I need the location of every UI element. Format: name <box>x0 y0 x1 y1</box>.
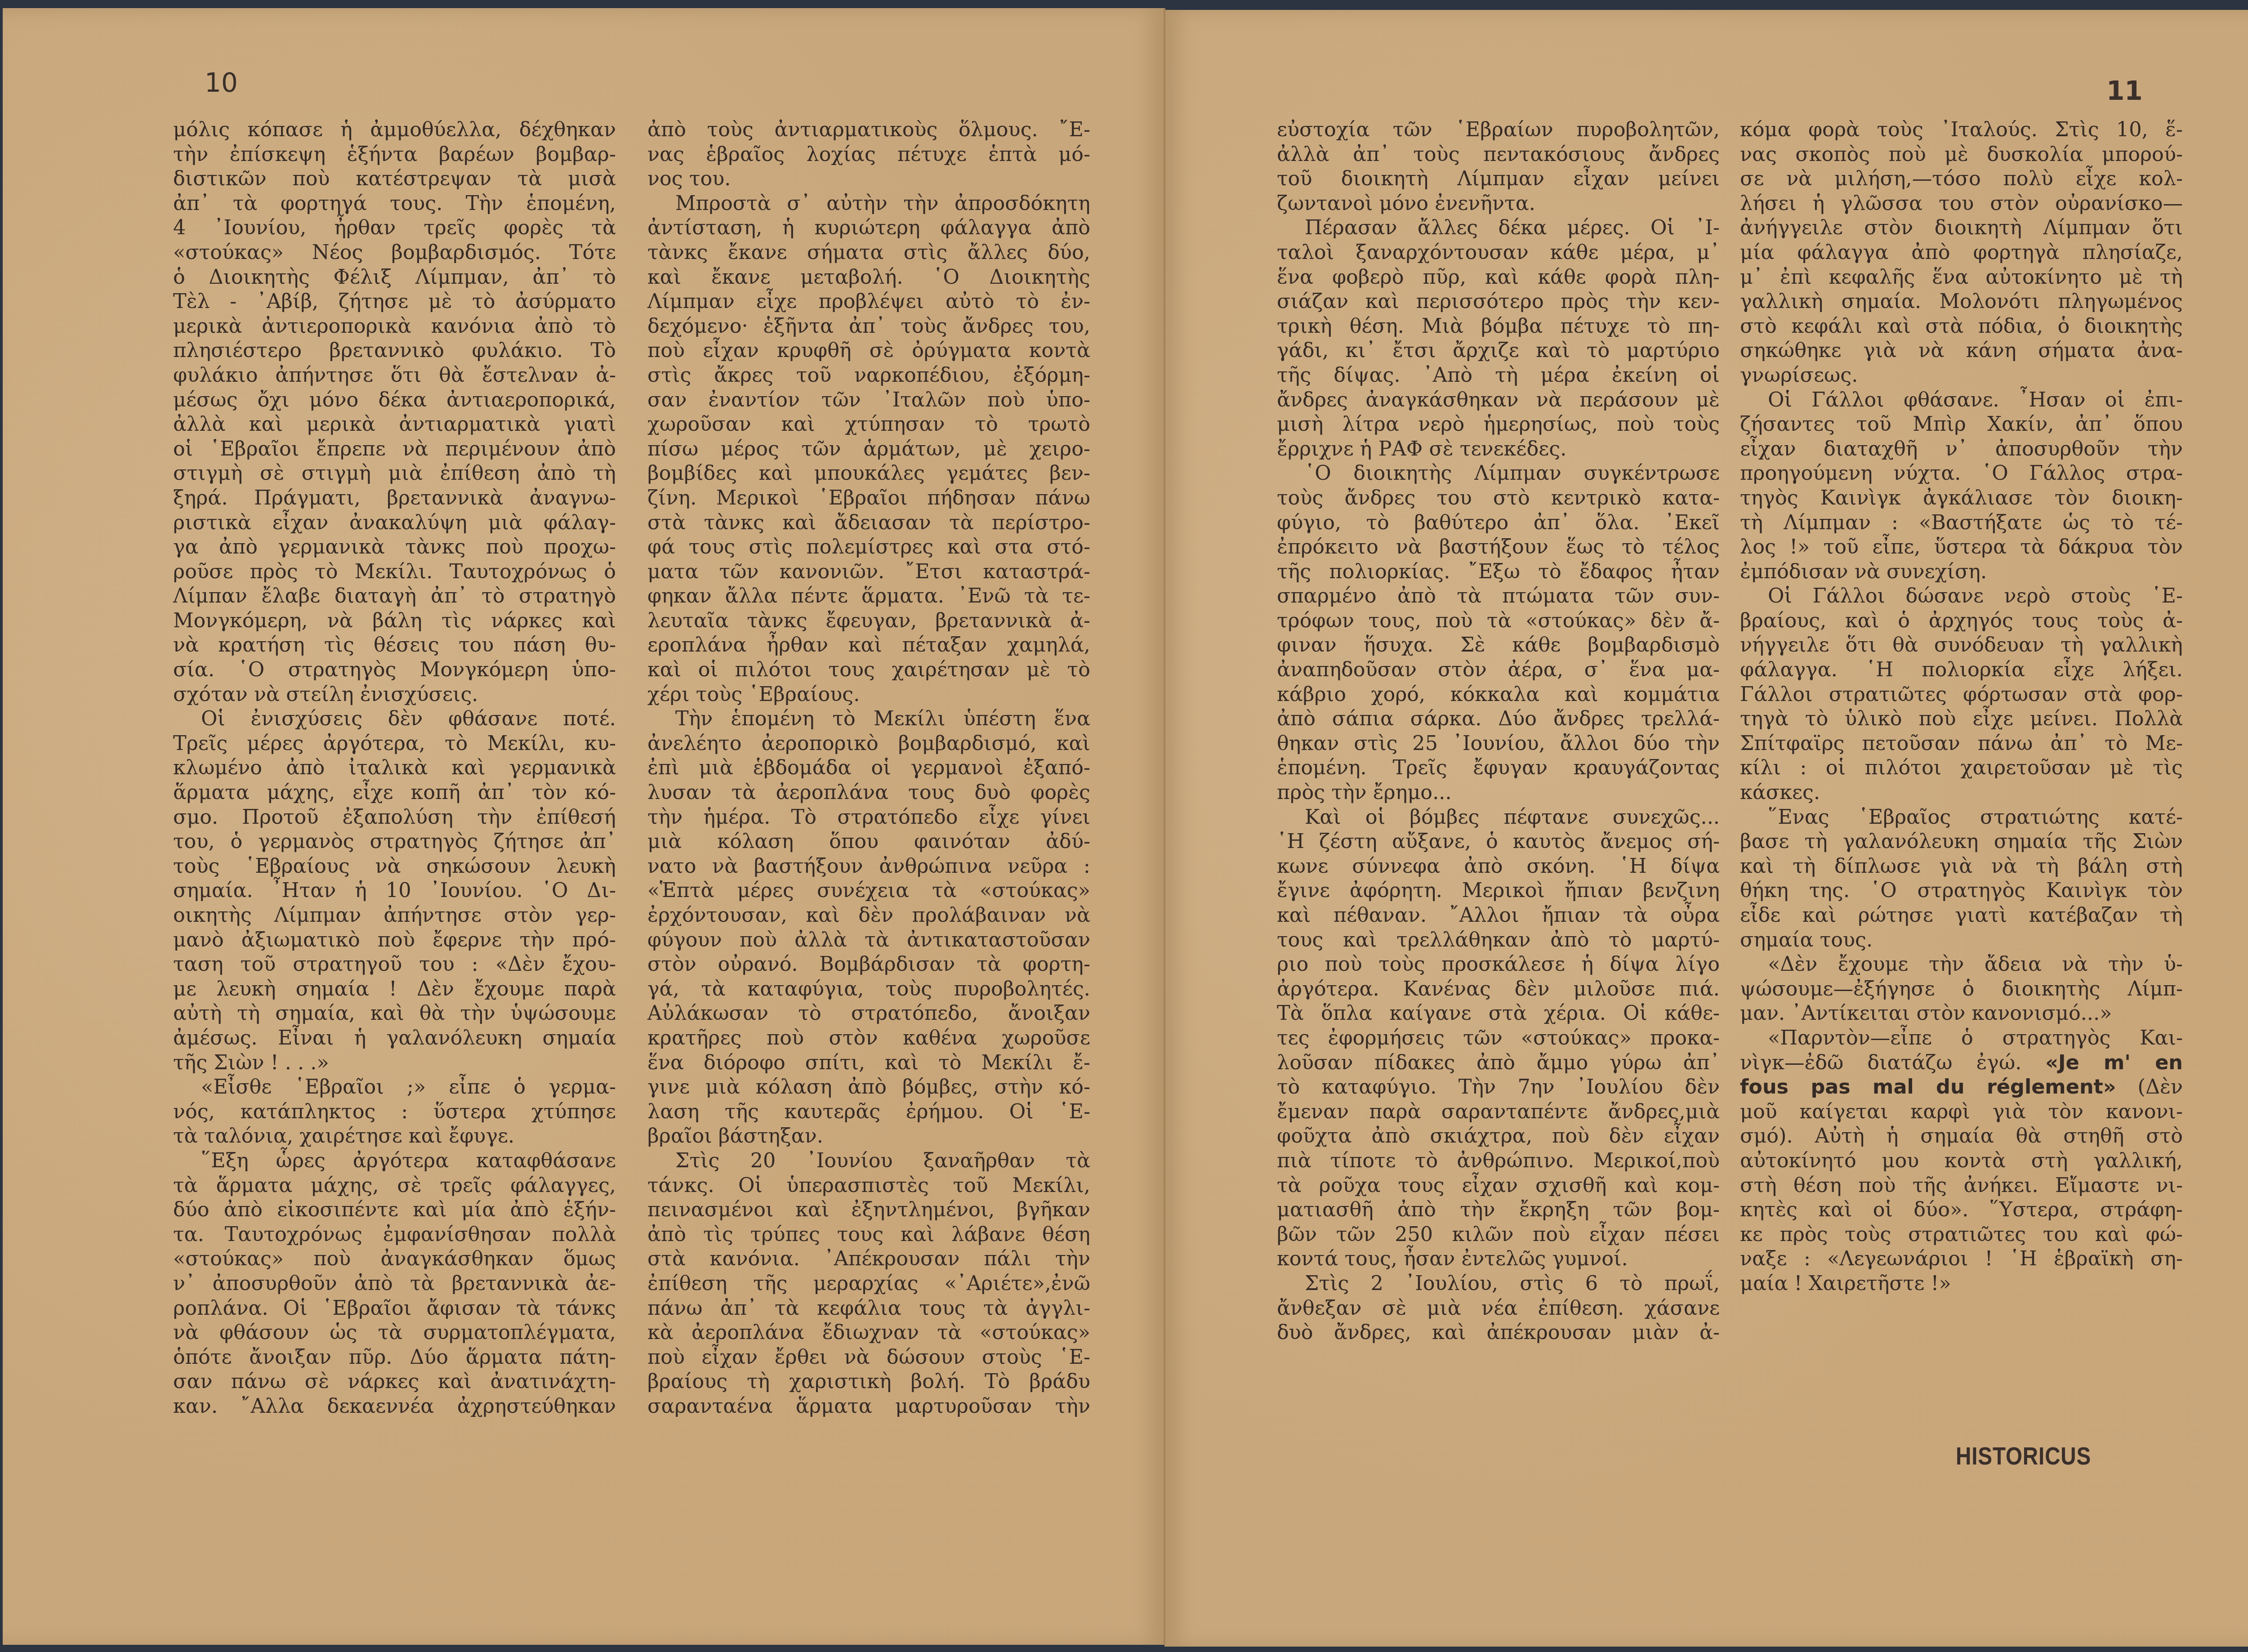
text-line: βῶν τῶν 250 κιλῶν ποὺ εἶχαν πέσει <box>1277 1223 1720 1247</box>
text-line: διστικῶν ποὺ κατέστρεψαν τὰ μισὰ <box>173 167 616 192</box>
text-line: ἀπὸ τὶς τρύπες τους καὶ λάβανε θέση <box>647 1223 1090 1247</box>
text-line: φοῦχτα ἀπὸ σκιάχτρα, ποὺ δὲν εἶχαν <box>1277 1124 1720 1149</box>
text-line: Οἱ Γάλλοι δώσανε νερὸ στοὺς ῾Ε- <box>1740 584 2183 609</box>
text-line: ἀλλὰ ἀπ᾿ τοὺς πεντακόσιους ἄνδρες <box>1277 143 1720 167</box>
text-line: κλωμένο ἀπὸ ἰταλικὰ καὶ γερμανικὰ <box>173 756 616 781</box>
text-line: τὰ ταλόνια, χαιρέτησε καὶ ἔφυγε. <box>173 1124 616 1149</box>
text-line: νος του. <box>647 167 1090 192</box>
text-line: «στούκας» ποὺ ἀναγκάσθηκαν ὅμως <box>173 1247 616 1272</box>
text-line: βραίους, καὶ ὁ ἀρχηγός τους τοὺς ἀ- <box>1740 609 2183 634</box>
text-line: ἕνα διόροφο σπίτι, καὶ τὸ Μεκίλι ἔ- <box>647 1051 1090 1076</box>
text-line: ἀπὸ τοὺς ἀντιαρματικοὺς ὅλμους. ῎Ε- <box>647 118 1090 143</box>
text-line: τῆς δίψας. ᾿Απὸ τὴ μέρα ἐκείνη οἱ <box>1277 363 1720 388</box>
text-line: ἄνδρες ἀναγκάσθηκαν νὰ περάσουν μὲ <box>1277 388 1720 413</box>
text-line: γαλλικὴ σημαία. Μολονότι πληγωμένος <box>1740 290 2183 314</box>
text-column-3: εὐστοχία τῶν ῾Εβραίων πυροβολητῶν,ἀλλὰ ἀ… <box>1277 118 1720 1345</box>
text-line: νὰ φθάσουν ὡς τὰ συρματοπλέγματα, <box>173 1321 616 1345</box>
text-line: λαση τῆς καυτερᾶς ἐρήμου. Οἱ ῾Ε- <box>647 1100 1090 1125</box>
text-line: σπαρμένο ἀπὸ τὰ πτώματα τῶν συν- <box>1277 584 1720 609</box>
text-line: ριο ποὺ τοὺς προσκάλεσε ἡ δίψα λίγο <box>1277 952 1720 977</box>
text-line: μιὰ κόλαση ὅπου φαινόταν ἀδύ- <box>647 830 1090 854</box>
text-line: ροπλάνα. Οἱ ῾Εβραῖοι ἄφισαν τὰ τάνκς <box>173 1296 616 1321</box>
page-number: 10 <box>205 67 238 98</box>
text-column-1: μόλις κόπασε ἡ ἀμμοθύελλα, δέχθηκαντὴν ἐ… <box>173 118 616 1419</box>
text-line: σχόταν νὰ στείλη ἐνισχύσεις. <box>173 683 616 707</box>
text-line: τους καὶ τρελλάθηκαν ἀπὸ τὸ μαρτύ- <box>1277 928 1720 953</box>
text-line: κοντά τους, ἦσαν ἐντελῶς γυμνοί. <box>1277 1247 1720 1272</box>
text-line: ζωντανοὶ μόνο ἐνενῆντα. <box>1277 192 1720 216</box>
page-number: 11 <box>2106 76 2143 106</box>
text-line: Μονγκόμερη, νὰ βάλη τὶς νάρκες καὶ <box>173 609 616 634</box>
text-line: καὶ ἔκανε μεταβολή. ῾Ο Διοικητὴς <box>647 265 1090 290</box>
text-line: νας ἑβραῖος λοχίας πέτυχε ἑπτὰ μό- <box>647 143 1090 167</box>
text-line: ἔρριχνε ἡ ΡΑΦ σὲ τενεκέδες. <box>1277 437 1720 462</box>
text-line: ῞Ενας ῾Εβραῖος στρατιώτης κατέ- <box>1740 805 2183 830</box>
text-line: μανὸ ἀξιωματικὸ ποὺ ἔφερνε τὴν πρό- <box>173 928 616 953</box>
text-line: φυλάκιο ἀπήντησε ὅτι θὰ ἔστελναν ἀ- <box>173 363 616 388</box>
text-line: στὰ τὰνκς καὶ ἄδειασαν τὰ περίστρο- <box>647 511 1090 536</box>
text-line: ἀνήγγειλε στὸν διοικητὴ Λίμπμαν ὅτι <box>1740 216 2183 241</box>
text-line: σιάζαν καὶ περισσότερο πρὸς τὴν κεν- <box>1277 290 1720 314</box>
text-line: λοῦσαν πίδακες ἀπὸ ἄμμο γύρω ἀπ᾿ <box>1277 1051 1720 1076</box>
text-line: τὰ ἅρματα μάχης, σὲ τρεῖς φάλαγγες, <box>173 1174 616 1198</box>
text-line: φηκαν ἄλλα πέντε ἅρματα. ᾿Ενῶ τὰ τε- <box>647 584 1090 609</box>
text-line: τὰνκς ἔκανε σήματα στὶς ἄλλες δύο, <box>647 241 1090 265</box>
text-line: σμό). Αὐτὴ ἡ σημαία θὰ στηθῆ στὸ <box>1740 1124 2183 1149</box>
text-line: Καὶ οἱ βόμβες πέφτανε συνεχῶς... <box>1277 805 1720 830</box>
text-line: κόμα φορὰ τοὺς ᾿Ιταλούς. Στὶς 10, ἕ- <box>1740 118 2183 143</box>
text-line: εἶδε καὶ ρώτησε γιατὶ κατέβαζαν τὴ <box>1740 903 2183 928</box>
text-line: ματιασθῆ ἀπὸ τὴν ἔκρηξη τῶν βομ- <box>1277 1198 1720 1223</box>
text-line: τοὺς ἄνδρες του στὸ κεντρικὸ κατα- <box>1277 486 1720 511</box>
text-line: χωροῦσαν καὶ χτύπησαν τὸ τρωτὸ <box>647 412 1090 437</box>
text-line: ἐρχόντουσαν, καὶ δὲν προλάβαιναν νὰ <box>647 903 1090 928</box>
text-line: Στὶς 20 ᾿Ιουνίου ξαναῆρθαν τὰ <box>647 1149 1090 1174</box>
text-line: βασε τὴ γαλανόλευκη σημαία τῆς Σιὼν <box>1740 830 2183 854</box>
text-line: ζήσαντες τοῦ Μπὶρ Χακίν, ἀπ᾿ ὅπου <box>1740 412 2183 437</box>
text-line: ἄνθεξαν σὲ μιὰ νέα ἐπίθεση. χάσανε <box>1277 1296 1720 1321</box>
text-line: μισὴ λίτρα νερὸ ἡμερησίως, ποὺ τοὺς <box>1277 412 1720 437</box>
text-line: ἅρματα μάχης, εἶχε κοπῆ ἀπ᾿ τὸν κό- <box>173 781 616 805</box>
text-line: Τὴν ἑπομένη τὸ Μεκίλι ὑπέστη ἕνα <box>647 707 1090 732</box>
text-line: Σπίτφαϊρς πετοῦσαν πάνω ἀπ᾿ τὸ Με- <box>1740 732 2183 756</box>
text-line: λος !» τοῦ εἶπε, ὕστερα τὰ δάκρυα τὸν <box>1740 535 2183 560</box>
text-line: δεχόμενο· ἑξῆντα ἀπ᾿ τοὺς ἄνδρες του, <box>647 314 1090 339</box>
text-line: σημαία. ῏Ηταν ἡ 10 ᾿Ιουνίου. ῾Ο Δι- <box>173 879 616 903</box>
text-line: θήκη της. ῾Ο στρατηγὸς Καινὶγκ τὸν <box>1740 879 2183 903</box>
text-line: οἱ ῾Εβραῖοι ἔπρεπε νὰ περιμένουν ἀπὸ <box>173 437 616 462</box>
text-line: στιγμὴ σὲ στιγμὴ μιὰ ἐπίθεση ἀπὸ τὴ <box>173 461 616 486</box>
text-line: στὸν οὐρανό. Βομβάρδισαν τὰ φορτη- <box>647 952 1090 977</box>
text-line: τοὺς ῾Εβραίους νὰ σηκώσουν λευκὴ <box>173 854 616 879</box>
text-line: ταση τοῦ στρατηγοῦ του : «Δὲν ἔχου- <box>173 952 616 977</box>
text-line: καὶ οἱ πιλότοι τους χαιρέτησαν μὲ τὸ <box>647 658 1090 683</box>
text-line: στὴ θέση ποὺ τῆς ἀνήκει. Εἴμαστε νι- <box>1740 1174 2183 1198</box>
text-line: ριστικὰ εἶχαν ἀνακαλύψη μιὰ φάλαγ- <box>173 511 616 536</box>
text-line: κίλι : οἱ πιλότοι χαιρετοῦσαν μὲ τὶς <box>1740 756 2183 781</box>
text-line: Γάλλοι στρατιῶτες φόρτωσαν στὰ φορ- <box>1740 683 2183 707</box>
text-line: αὐτὴ τὴ σημαία, καὶ θὰ τὴν ὑψώσουμε <box>173 1001 616 1026</box>
text-line: μ᾿ ἐπὶ κεφαλῆς ἕνα αὐτοκίνητο μὲ τὴ <box>1740 265 2183 290</box>
text-line: κρατῆρες ποὺ στὸν καθένα χωροῦσε <box>647 1026 1090 1051</box>
text-line: φύγιο, τὸ βαθύτερο ἀπ᾿ ὅλα. ᾿Εκεῖ <box>1277 511 1720 536</box>
text-line: ποὺ εἶχαν ἔρθει νὰ δώσουν στοὺς ῾Ε- <box>647 1345 1090 1370</box>
text-line: «στούκας» Νέος βομβαρδισμός. Τότε <box>173 241 616 265</box>
text-line: ἀνελέητο ἀεροπορικὸ βομβαρδισμό, καὶ <box>647 732 1090 756</box>
text-line: 4 ᾿Ιουνίου, ἦρθαν τρεῖς φορὲς τὰ <box>173 216 616 241</box>
text-line: μόλις κόπασε ἡ ἀμμοθύελλα, δέχθηκαν <box>173 118 616 143</box>
text-line: ῾Η ζέστη αὔξανε, ὁ καυτὸς ἄνεμος σή- <box>1277 830 1720 854</box>
text-line: «Εἶσθε ῾Εβραῖοι ;» εἶπε ὁ γερμα- <box>173 1075 616 1100</box>
text-line: γάδι, κι᾿ ἔτσι ἄρχιζε καὶ τὸ μαρτύριο <box>1277 339 1720 363</box>
text-line: ὁ Διοικητὴς Φέλιξ Λίμπμαν, ἀπ᾿ τὸ <box>173 265 616 290</box>
text-line: γα ἀπὸ γερμανικὰ τὰνκς ποὺ προχω- <box>173 535 616 560</box>
text-line: Οἱ Γάλλοι φθάσανε. ῏Ησαν οἱ ἐπι- <box>1740 388 2183 413</box>
text-line: Πέρασαν ἄλλες δέκα μέρες. Οἱ ᾿Ι- <box>1277 216 1720 241</box>
text-line: Τρεῖς μέρες ἀργότερα, τὸ Μεκίλι, κυ- <box>173 732 616 756</box>
text-line: τὴ Λίμπμαν : «Βαστήξατε ὡς τὸ τέ- <box>1740 511 2183 536</box>
text-line: μαία ! Χαιρετῆστε !» <box>1740 1272 2183 1296</box>
text-line: fous pas mal du réglement» (Δὲν <box>1740 1075 2183 1100</box>
text-line: Τὲλ - ᾿Αβίβ, ζήτησε μὲ τὸ ἀσύρματο <box>173 290 616 314</box>
text-line: τὴν ἐπίσκεψη ἑξήντα βαρέων βομβαρ- <box>173 143 616 167</box>
text-line: τοῦ διοικητὴ Λίμπμαν εἶχαν μείνει <box>1277 167 1720 192</box>
text-line: πεινασμένοι καὶ ἐξηντλημένοι, βγῆκαν <box>647 1198 1090 1223</box>
text-line: ἔμεναν παρὰ σαρανταπέντε ἄνδρες,μιὰ <box>1277 1100 1720 1125</box>
text-line: σία. ῾Ο στρατηγὸς Μονγκόμερη ὑπο- <box>173 658 616 683</box>
text-line: ταλοὶ ξαναρχόντουσαν κάθε μέρα, μ᾿ <box>1277 241 1720 265</box>
text-line: τες ἐφορμήσεις τῶν «στούκας» προκα- <box>1277 1026 1720 1051</box>
text-line: σημαία τους. <box>1740 928 2183 953</box>
text-line: ναξε : «Λεγεωνάριοι ! ῾Η ἑβραϊκὴ ση- <box>1740 1247 2183 1272</box>
text-line: κε πρὸς τοὺς στρατιῶτες του καὶ φώ- <box>1740 1223 2183 1247</box>
text-line: ἑπομένη. Τρεῖς ἔφυγαν κραυγάζοντας <box>1277 756 1720 781</box>
text-line: Τὰ ὅπλα καίγανε στὰ χέρια. Οἱ κάθε- <box>1277 1001 1720 1026</box>
text-line: ματα τῶν κανονιῶν. ῎Ετσι καταστρά- <box>647 560 1090 585</box>
text-line: τῆς πολιορκίας. ῎Εξω τὸ ἔδαφος ἦταν <box>1277 560 1720 585</box>
text-column-4: κόμα φορὰ τοὺς ᾿Ιταλούς. Στὶς 10, ἕ-νας … <box>1740 118 2183 1296</box>
text-line: ξηρά. Πράγματι, βρεταννικὰ ἀναγνω- <box>173 486 616 511</box>
text-line: μαν. ᾿Αντίκειται στὸν κανονισμό...» <box>1740 1001 2183 1026</box>
text-line: δύο ἀπὸ εἰκοσιπέντε καὶ μία ἀπὸ ἑξήν- <box>173 1198 616 1223</box>
text-line: Στὶς 2 ᾿Ιουλίου, στὶς 6 τὸ πρωΐ, <box>1277 1272 1720 1296</box>
text-line: σμο. Προτοῦ ἐξαπολύση τὴν ἐπίθεσή <box>173 805 616 830</box>
text-line: ἔγινε ἀφόρητη. Μερικοὶ ἤπιαν βενζινη <box>1277 879 1720 903</box>
text-line: ἀπὸ σάπια σάρκα. Δύο ἄνδρες τρελλά- <box>1277 707 1720 732</box>
text-line: ὁπότε ἄνοιξαν πῦρ. Δύο ἅρματα πάτη- <box>173 1345 616 1370</box>
text-line: λήσει ἡ γλῶσσα του στὸν οὐρανίσκο— <box>1740 192 2183 216</box>
text-line: τὸ καταφύγιο. Τὴν 7ην ᾿Ιουλίου δὲν <box>1277 1075 1720 1100</box>
text-line: κάσκες. <box>1740 781 2183 805</box>
text-line: τὴν ἡμέρα. Τὸ στρατόπεδο εἶχε γίνει <box>647 805 1090 830</box>
text-line: σαν ἐναντίον τῶν ᾿Ιταλῶν ποὺ ὑπο- <box>647 388 1090 413</box>
text-line: γνωρίσεως. <box>1740 363 2183 388</box>
text-line: νας σκοπὸς ποὺ μὲ δυσκολία μπορού- <box>1740 143 2183 167</box>
text-line: αὐτοκίνητό μου κοντὰ στὴ γαλλική, <box>1740 1149 2183 1174</box>
text-line: Αὐλάκωσαν τὸ στρατόπεδο, ἄνοιξαν <box>647 1001 1090 1026</box>
text-line: γινε μιὰ κόλαση ἀπὸ βόμβες, στὴν κό- <box>647 1075 1090 1100</box>
text-line: ἐπὶ μιὰ ἑβδομάδα οἱ γερμανοὶ ἐξαπό- <box>647 756 1090 781</box>
text-line: κὰ ἀεροπλάνα ἔδιωχναν τὰ «στούκας» <box>647 1321 1090 1345</box>
text-line: ψώσουμε—ἐξήγησε ὁ διοικητὴς Λίμπ- <box>1740 977 2183 1002</box>
text-line: καὶ τὴ δίπλωσε γιὰ νὰ τὴ βάλη στὴ <box>1740 854 2183 879</box>
text-line: νὰ κρατήση τὶς θέσεις του πάση θυ- <box>173 633 616 658</box>
text-line: ἐμπόδισαν νὰ συνεχίση. <box>1740 560 2183 585</box>
text-line: σαρανταένα ἅρματα μαρτυροῦσαν τὴν <box>647 1394 1090 1419</box>
text-line: χέρι τοὺς ῾Εβραίους. <box>647 683 1090 707</box>
text-line: πιὰ τίποτε τὸ ἀνθρώπινο. Μερικοί,ποὺ <box>1277 1149 1720 1174</box>
text-line: τῆς Σιὼν ! . . .» <box>173 1051 616 1076</box>
text-line: ἐπρόκειτο νὰ βαστήξουν ἕως τὸ τέλος <box>1277 535 1720 560</box>
text-line: νὶγκ—ἐδῶ διατάζω ἐγώ. «Je m' en <box>1740 1051 2183 1076</box>
text-line: νός, κατάπληκτος : ὕστερα χτύπησε <box>173 1100 616 1125</box>
text-line: «Δὲν ἔχουμε τὴν ἄδεια νὰ τὴν ὑ- <box>1740 952 2183 977</box>
text-line: Οἱ ἐνισχύσεις δὲν φθάσανε ποτέ. <box>173 707 616 732</box>
text-line: μοῦ καίγεται καρφὶ γιὰ τὸν κανονι- <box>1740 1100 2183 1125</box>
text-line: μερικὰ ἀντιεροπορικὰ κανόνια ἀπὸ τὸ <box>173 314 616 339</box>
text-line: τα. Ταυτοχρόνως ἐμφανίσθησαν πολλὰ <box>173 1223 616 1247</box>
text-line: ζίνη. Μερικοὶ ῾Εβραῖοι πήδησαν πάνω <box>647 486 1090 511</box>
text-line: πίσω μέρος τῶν ἁρμάτων, μὲ χειρο- <box>647 437 1090 462</box>
book-gutter <box>1164 8 1165 1645</box>
text-line: τάνκς. Οἱ ὑπερασπιστὲς τοῦ Μεκίλι, <box>647 1174 1090 1198</box>
text-line: Μπροστὰ σ᾿ αὐτὴν τὴν ἀπροσδόκητη <box>647 192 1090 216</box>
text-line: λευταῖα τὰνκς ἔφευγαν, βρεταννικὰ ἀ- <box>647 609 1090 634</box>
text-line: ν᾿ ἀποσυρθοῦν ἀπὸ τὰ βρεταννικὰ ἀε- <box>173 1272 616 1296</box>
text-line: Λίμπμαν εἶχε προβλέψει αὐτὸ τὸ ἐν- <box>647 290 1090 314</box>
text-line: φύγουν ποὺ ἀλλὰ τὰ ἀντικαταστοῦσαν <box>647 928 1090 953</box>
text-line: βομβίδες καὶ μπουκάλες γεμάτες βεν- <box>647 461 1090 486</box>
text-line: τηγὰ τὸ ὑλικὸ ποὺ εἶχε μείνει. Πολλὰ <box>1740 707 2183 732</box>
text-line: εὐστοχία τῶν ῾Εβραίων πυροβολητῶν, <box>1277 118 1720 143</box>
text-line: τρόφων τους, ποὺ τὰ «στούκας» δὲν ἄ- <box>1277 609 1720 634</box>
text-line: «Παρντὸν—εἶπε ὁ στρατηγὸς Και- <box>1740 1026 2183 1051</box>
text-line: καν. ῎Αλλα δεκαεννέα ἀχρηστεύθηκαν <box>173 1394 616 1419</box>
text-line: ἐπίθεση τῆς μεραρχίας «᾿Αριέτε»,ἐνῶ <box>647 1272 1090 1296</box>
text-line: ἀργότερα. Κανένας δὲν μιλοῦσε πιά. <box>1277 977 1720 1002</box>
text-line: Λίμπαν ἔλαβε διαταγὴ ἀπ᾿ τὸ στρατηγὸ <box>173 584 616 609</box>
text-line: ποὺ εἶχαν κρυφθῆ σὲ ὀρύγματα κοντὰ <box>647 339 1090 363</box>
text-line: τρικὴ θέση. Μιὰ βόμβα πέτυχε τὸ πη- <box>1277 314 1720 339</box>
text-line: με λευκὴ σημαία ! Δὲν ἔχουμε παρὰ <box>173 977 616 1002</box>
text-line: εἶχαν διαταχθῆ ν᾿ ἀποσυρθοῦν τὴν <box>1740 437 2183 462</box>
text-line: καὶ πέθαναν. ῎Αλλοι ἤπιαν τὰ οὖρα <box>1277 903 1720 928</box>
text-line: βραῖοι βάστηξαν. <box>647 1124 1090 1149</box>
text-line: νήγγειλε ὅτι θὰ συνόδευαν τὴ γαλλικὴ <box>1740 633 2183 658</box>
text-line: ἀμέσως. Εἶναι ἡ γαλανόλευκη σημαία <box>173 1026 616 1051</box>
text-line: ἀπ᾿ τὰ φορτηγά τους. Τὴν ἑπομένη, <box>173 192 616 216</box>
text-line: λυσαν τὰ ἀεροπλάνα τους δυὸ φορὲς <box>647 781 1090 805</box>
text-line: ἀλλὰ καὶ μερικὰ ἀντιαρματικὰ γιατὶ <box>173 412 616 437</box>
text-line: πρὸς τὴν ἔρημο... <box>1277 781 1720 805</box>
text-line: φά τους στὶς πολεμίστρες καὶ στα στό- <box>647 535 1090 560</box>
author-signature: HISTORICUS <box>1956 1441 2091 1470</box>
text-column-2: ἀπὸ τοὺς ἀντιαρματικοὺς ὅλμους. ῎Ε-νας ἑ… <box>647 118 1090 1419</box>
text-line: ἕνα φοβερὸ πῦρ, καὶ κάθε φορὰ πλη- <box>1277 265 1720 290</box>
text-line: βραίους τὴ χαριστικὴ βολή. Τὸ βράδυ <box>647 1370 1090 1394</box>
text-line: τὰ ροῦχα τους εἶχαν σχισθῆ καὶ κομ- <box>1277 1174 1720 1198</box>
text-line: στὶς ἄκρες τοῦ ναρκοπέδιου, ἐξόρμη- <box>647 363 1090 388</box>
text-line: πάνω ἀπ᾿ τὰ κεφάλια τους τὰ ἀγγλι- <box>647 1296 1090 1321</box>
text-line: οικητὴς Λίμπμαν ἀπήντησε στὸν γερ- <box>173 903 616 928</box>
text-line: πλησιέστερο βρεταννικὸ φυλάκιο. Τὸ <box>173 339 616 363</box>
text-line: κάβριο χορό, κόκκαλα καὶ κομμάτια <box>1277 683 1720 707</box>
text-line: μία φάλαγγα ἀπὸ φορτηγὰ πλησίαζε, <box>1740 241 2183 265</box>
text-line: σαν πάνω σὲ νάρκες καὶ ἀνατινάχτη- <box>173 1370 616 1394</box>
text-line: «Ἑπτὰ μέρες συνέχεια τὰ «στούκας» <box>647 879 1090 903</box>
text-line: του, ὁ γερμανὸς στρατηγὸς ζήτησε ἀπ᾿ <box>173 830 616 854</box>
text-line: κητὲς καὶ οἱ δύο». ῞Υστερα, στράφη- <box>1740 1198 2183 1223</box>
text-line: μέσως ὄχι μόνο δέκα ἀντιαεροπορικά, <box>173 388 616 413</box>
text-line: σηκώθηκε γιὰ νὰ κάνη σήματα ἀνα- <box>1740 339 2183 363</box>
text-line: δυὸ ἄνδρες, καὶ ἀπέκρουσαν μιὰν ἀ- <box>1277 1321 1720 1345</box>
text-line: φιναν ἥσυχα. Σὲ κάθε βομβαρδισμὸ <box>1277 633 1720 658</box>
text-line: ἀναπηδοῦσαν στὸν ἀέρα, σ᾿ ἕνα μα- <box>1277 658 1720 683</box>
text-line: νατο νὰ βαστήξουν ἀνθρώπινα νεῦρα : <box>647 854 1090 879</box>
text-line: ροῦσε πρὸς τὸ Μεκίλι. Ταυτοχρόνως ὁ <box>173 560 616 585</box>
text-line: ῞Εξη ὧρες ἀργότερα καταφθάσανε <box>173 1149 616 1174</box>
text-line: γά, τὰ καταφύγια, τοὺς πυροβολητές. <box>647 977 1090 1002</box>
text-line: σε νὰ μιλήση,—τόσο πολὺ εἶχε κολ- <box>1740 167 2183 192</box>
text-line: στὰ κανόνια. ᾿Απέκρουσαν πάλι τὴν <box>647 1247 1090 1272</box>
text-line: ἀντίσταση, ἡ κυριώτερη φάλαγγα ἀπὸ <box>647 216 1090 241</box>
text-line: κωνε σύννεφα ἀπὸ σκόνη. ῾Η δίψα <box>1277 854 1720 879</box>
text-line: εροπλάνα ἦρθαν καὶ πέταξαν χαμηλά, <box>647 633 1090 658</box>
text-line: προηγούμενη νύχτα. ῾Ο Γάλλος στρα- <box>1740 461 2183 486</box>
text-line: φάλαγγα. ῾Η πολιορκία εἶχε λήξει. <box>1740 658 2183 683</box>
text-line: στὸ κεφάλι καὶ στὰ πόδια, ὁ διοικητὴς <box>1740 314 2183 339</box>
text-line: θηκαν στὶς 25 ᾿Ιουνίου, ἄλλοι δύο τὴν <box>1277 732 1720 756</box>
text-line: τηγὸς Καινὶγκ ἀγκάλιασε τὸν διοικη- <box>1740 486 2183 511</box>
text-line: ῾Ο διοικητὴς Λίμπμαν συγκέντρωσε <box>1277 461 1720 486</box>
